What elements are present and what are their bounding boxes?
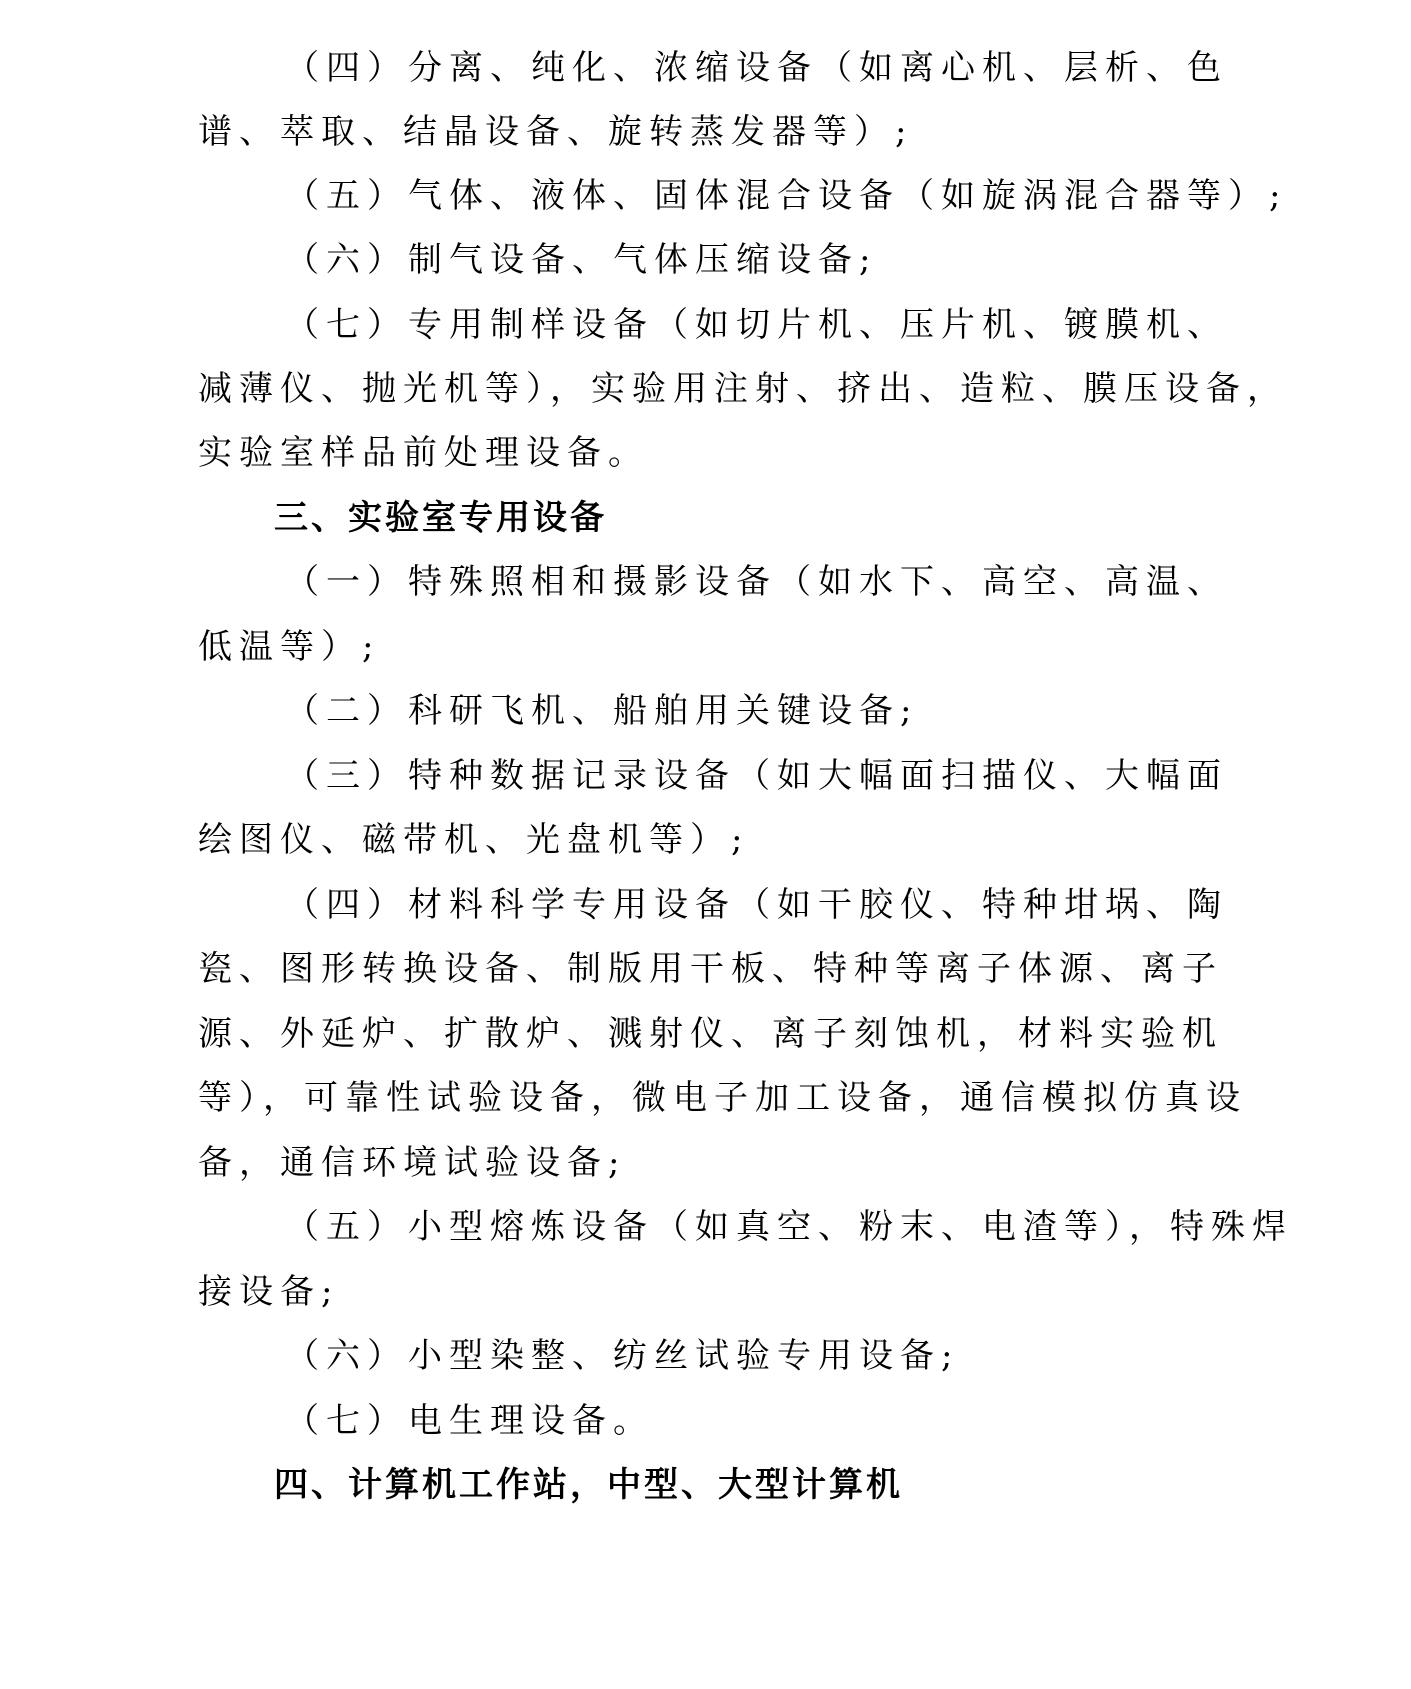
text-line: （四）分离、纯化、浓缩设备（如离心机、层析、色 <box>285 48 1228 88</box>
text-line: （五）小型熔炼设备（如真空、粉末、电渣等），特殊焊 <box>285 1207 1293 1247</box>
text-line: 源、外延炉、扩散炉、溅射仪、离子刻蚀机，材料实验机 <box>198 1014 1223 1054</box>
text-line: 实验室样品前处理设备。 <box>198 433 649 473</box>
text-line: （七）专用制样设备（如切片机、压片机、镀膜机、 <box>285 305 1228 345</box>
text-line: 瓷、图形转换设备、制版用干板、特种等离子体源、离子 <box>198 949 1223 989</box>
text-line: 等），可靠性试验设备，微电子加工设备，通信模拟仿真设 <box>198 1078 1247 1118</box>
text-line: （六）小型染整、纺丝试验专用设备; <box>285 1336 959 1376</box>
text-line: 备，通信环境试验设备; <box>198 1143 626 1183</box>
text-line: 低温等）; <box>198 627 380 667</box>
text-line: 谱、萃取、结晶设备、旋转蒸发器等）; <box>198 112 913 152</box>
text-line: 接设备; <box>198 1272 339 1312</box>
text-line: 绘图仪、磁带机、光盘机等）; <box>198 820 749 860</box>
text-line: （七）电生理设备。 <box>285 1401 654 1441</box>
text-line: （六）制气设备、气体压缩设备; <box>285 240 877 280</box>
text-line: （二）科研飞机、船舶用关键设备; <box>285 691 918 731</box>
section-heading: 三、实验室专用设备 <box>274 498 607 538</box>
text-line: （五）气体、液体、固体混合设备（如旋涡混合器等）; <box>285 176 1287 216</box>
text-line: （一）特殊照相和摄影设备（如水下、高空、高温、 <box>285 562 1228 602</box>
text-line: （三）特种数据记录设备（如大幅面扫描仪、大幅面 <box>285 756 1228 796</box>
section-heading: 四、计算机工作站，中型、大型计算机 <box>274 1465 903 1505</box>
text-line: 减薄仪、抛光机等），实验用注射、挤出、造粒、膜压设备， <box>198 369 1288 409</box>
text-line: （四）材料科学专用设备（如干胶仪、特种坩埚、陶 <box>285 885 1228 925</box>
